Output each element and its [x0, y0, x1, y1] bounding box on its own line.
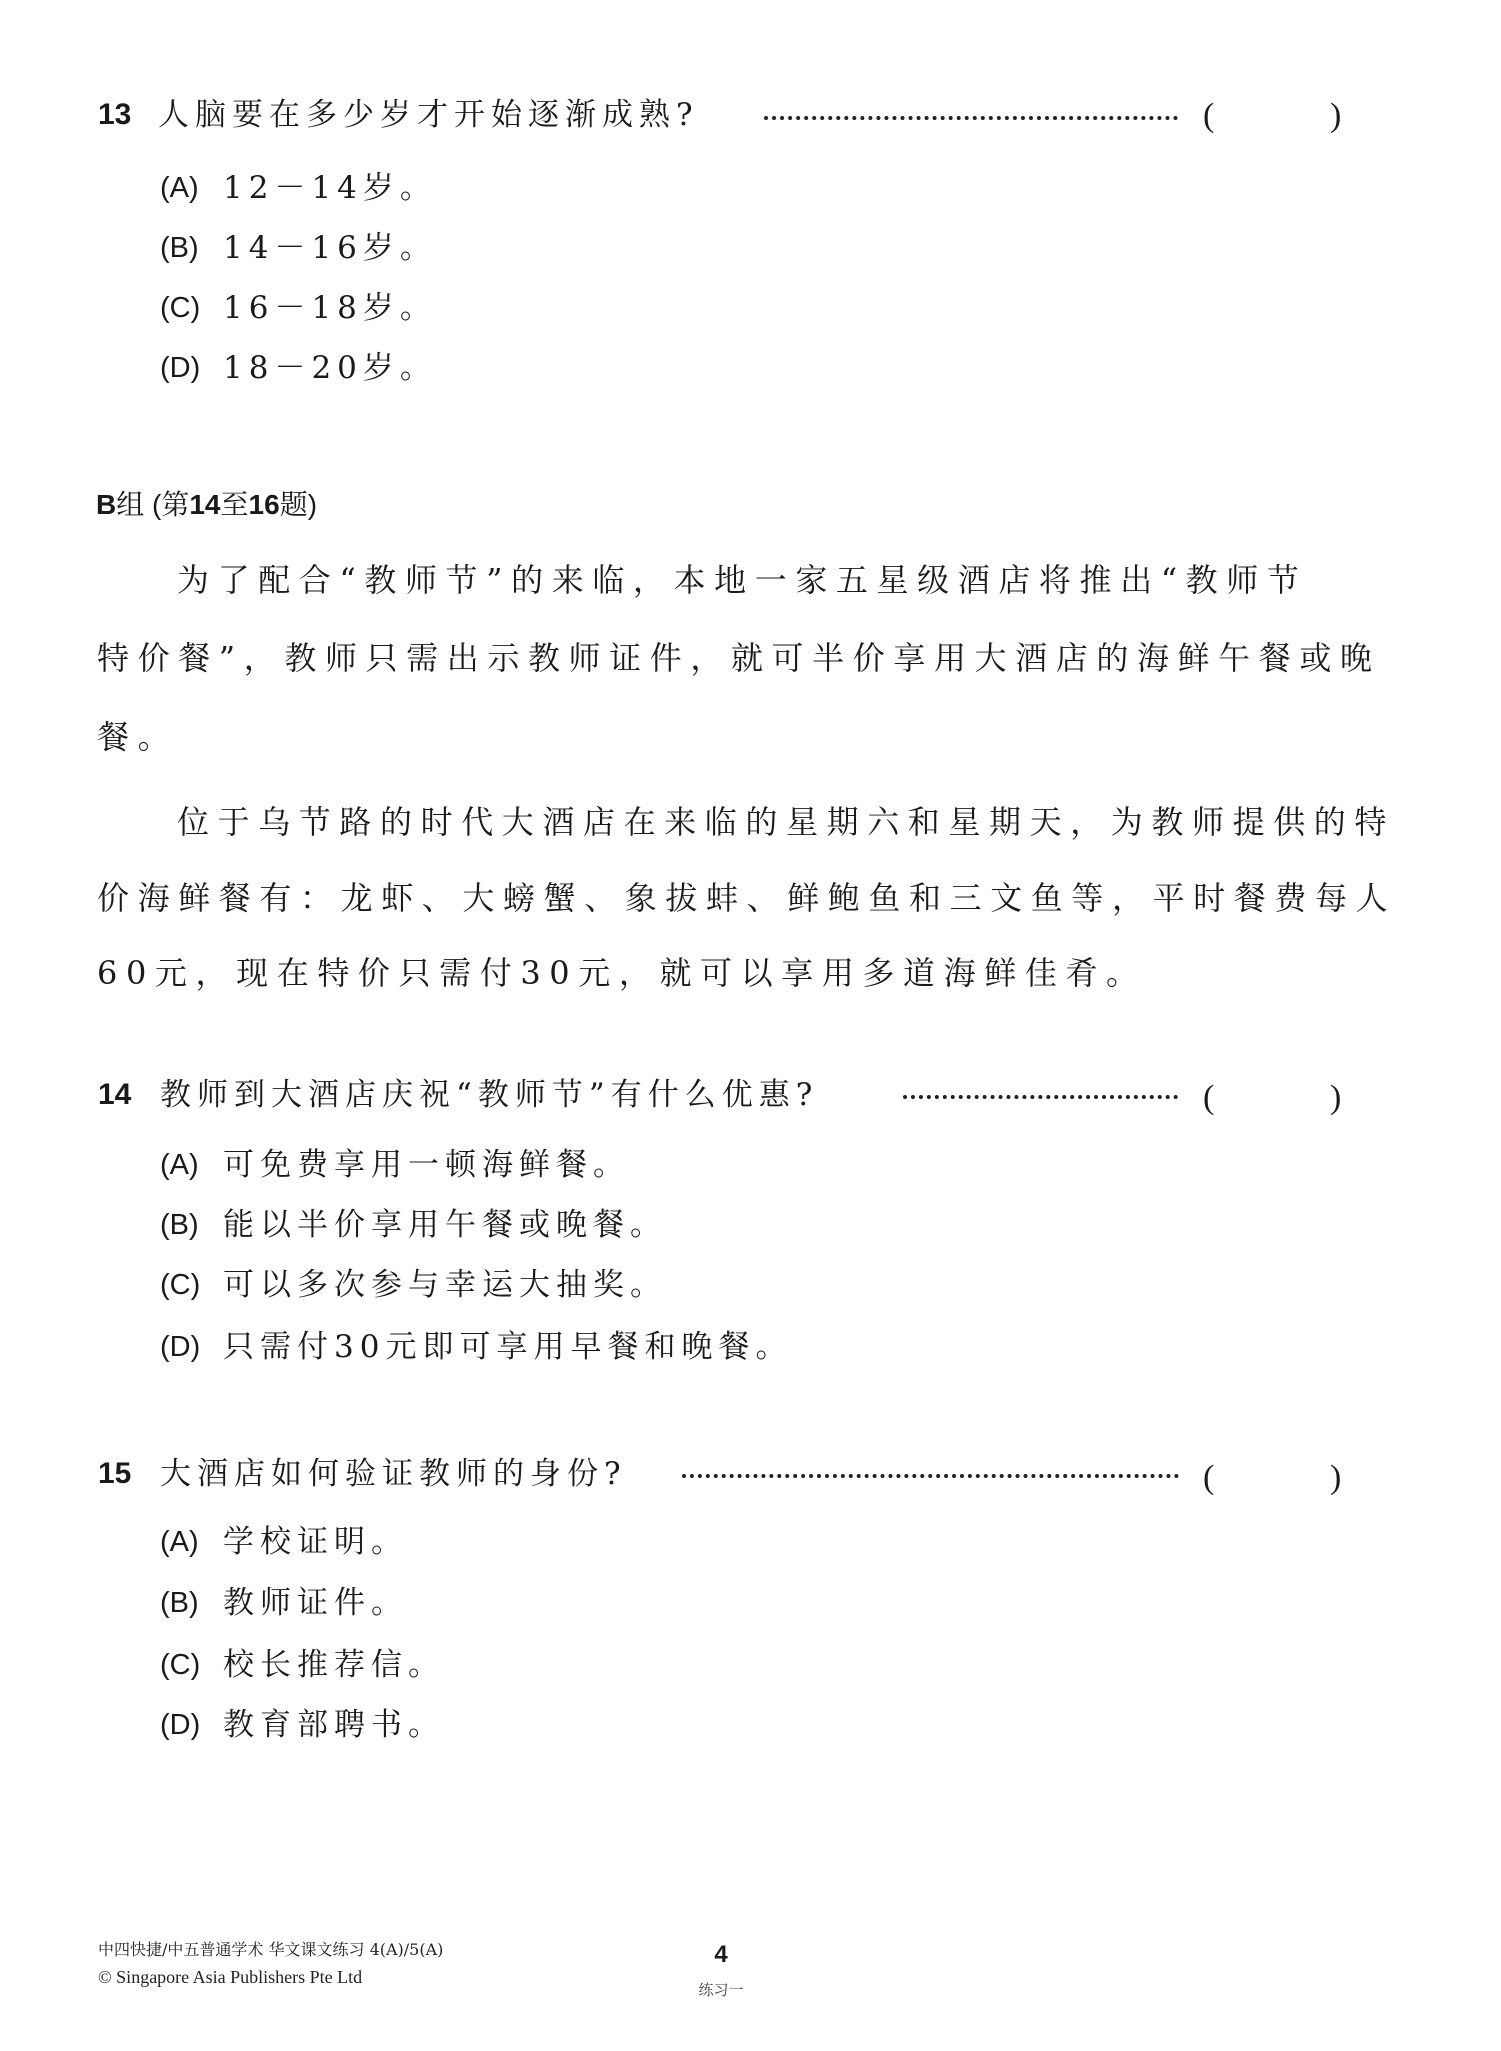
answer-blank[interactable]	[1225, 96, 1325, 136]
section-range-end: 16	[249, 489, 280, 520]
option-text-d: 教育部聘书。	[223, 1705, 445, 1745]
question-prompt: 大酒店如何验证教师的身份?	[160, 1454, 627, 1494]
option-text-d: 只需付30元即可享用早餐和晚餐。	[223, 1327, 792, 1367]
option-label-b: (B)	[160, 228, 199, 268]
option-label-d: (D)	[160, 1327, 200, 1367]
passage-line: 位于乌节路的时代大酒店在来临的星期六和星期天，为教师提供的特	[177, 802, 1395, 842]
section-heading: B组 (第14至16题)	[96, 485, 317, 525]
option-label-c: (C)	[160, 288, 200, 328]
question-prompt: 人脑要在多少岁才开始逐渐成熟?	[158, 95, 699, 135]
question-prompt: 教师到大酒店庆祝“教师节”有什么优惠?	[160, 1075, 818, 1115]
answer-bracket-open: (	[1203, 96, 1214, 136]
option-label-d: (D)	[160, 1705, 200, 1745]
option-label-a: (A)	[160, 1522, 199, 1562]
option-text-b: 教师证件。	[223, 1583, 408, 1623]
question-number: 15	[98, 1454, 131, 1494]
answer-blank[interactable]	[1225, 1458, 1325, 1498]
section-range-start: 14	[189, 489, 220, 520]
section-range-mid: 至	[221, 489, 249, 520]
option-label-b: (B)	[160, 1205, 199, 1245]
answer-bracket-close: )	[1330, 1458, 1341, 1498]
option-text-a: 可免费享用一顿海鲜餐。	[223, 1145, 630, 1185]
passage-line: 餐。	[97, 717, 178, 757]
answer-bracket-close: )	[1330, 1078, 1341, 1118]
option-label-d: (D)	[160, 348, 200, 388]
question-number: 13	[98, 95, 131, 135]
option-label-c: (C)	[160, 1645, 200, 1685]
option-text-b: 能以半价享用午餐或晚餐。	[223, 1205, 667, 1245]
section-range-close: 题)	[280, 489, 317, 520]
dotted-leader	[903, 1091, 1178, 1099]
option-label-a: (A)	[160, 1145, 199, 1185]
section-group-suffix: 组	[116, 489, 144, 520]
passage-line: 特价餐”，教师只需出示教师证件，就可半价享用大酒店的海鲜午餐或晚	[97, 638, 1381, 678]
option-text-d: 18－20岁。	[223, 348, 437, 388]
option-text-c: 可以多次参与幸运大抽奖。	[223, 1265, 667, 1305]
footer-book-title: 中四快捷/中五普通学术 华文课文练习 4(A)/5(A)	[98, 1939, 443, 1961]
option-text-a: 12－14岁。	[223, 168, 437, 208]
dotted-leader	[682, 1470, 1179, 1478]
question-number: 14	[98, 1075, 131, 1115]
dotted-leader	[764, 112, 1178, 120]
option-label-c: (C)	[160, 1265, 200, 1305]
option-label-a: (A)	[160, 168, 199, 208]
option-text-b: 14－16岁。	[223, 228, 437, 268]
option-label-b: (B)	[160, 1583, 199, 1623]
passage-line: 60元，现在特价只需付30元，就可以享用多道海鲜佳肴。	[97, 953, 1147, 993]
footer-chapter: 练习一	[681, 1980, 761, 2000]
passage-line: 价海鲜餐有：龙虾、大螃蟹、象拔蚌、鲜鲍鱼和三文鱼等，平时餐费每人	[97, 878, 1396, 918]
option-text-a: 学校证明。	[223, 1522, 408, 1562]
answer-blank[interactable]	[1225, 1078, 1325, 1118]
section-range-open: (第	[152, 489, 189, 520]
page-number: 4	[691, 1941, 751, 1969]
option-text-c: 校长推荐信。	[223, 1645, 445, 1685]
option-text-c: 16－18岁。	[223, 288, 437, 328]
footer-copyright: © Singapore Asia Publishers Pte Ltd	[98, 1966, 362, 1988]
section-group-letter: B	[96, 489, 116, 520]
answer-bracket-open: (	[1203, 1078, 1214, 1118]
answer-bracket-close: )	[1330, 96, 1341, 136]
passage-line: 为了配合“教师节”的来临，本地一家五星级酒店将推出“教师节	[177, 560, 1307, 600]
answer-bracket-open: (	[1203, 1458, 1214, 1498]
